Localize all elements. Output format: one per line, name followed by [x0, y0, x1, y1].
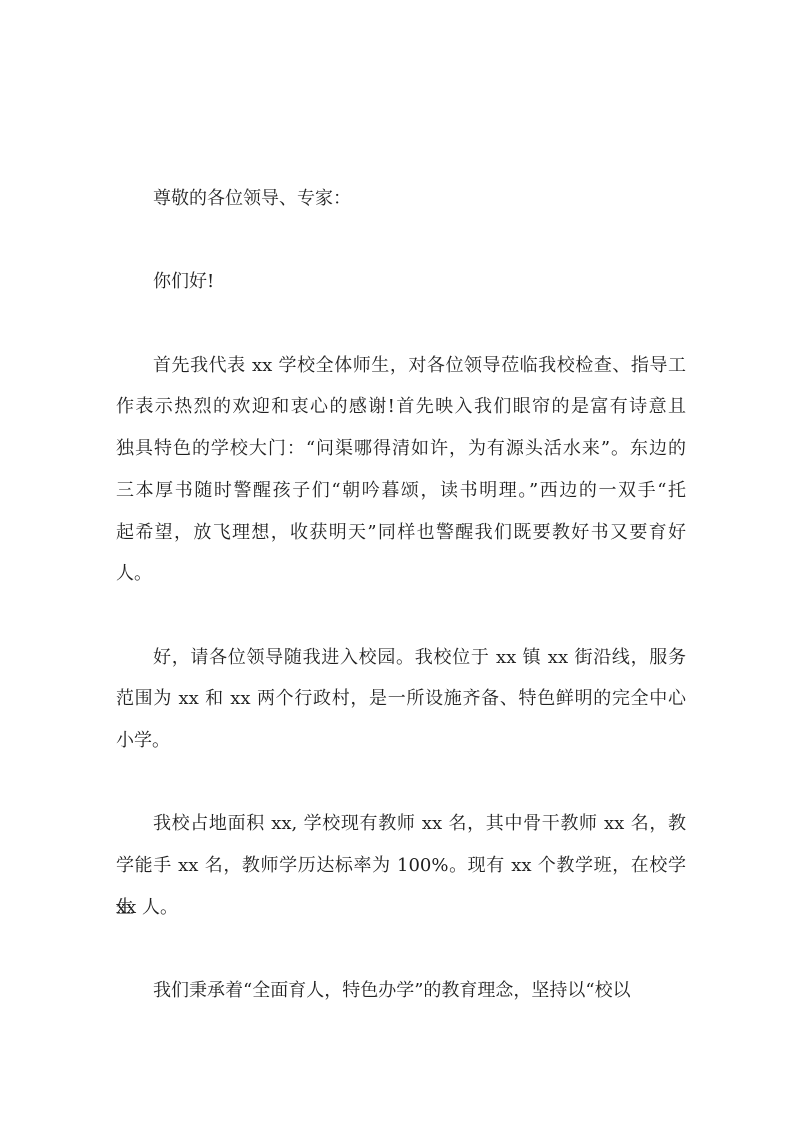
paragraph-salutation: 尊敬的各位领导、专家： [116, 178, 686, 220]
paragraph-school-statistics: 我校占地面积 xx, 学校现有教师 xx 名，其中骨干教师 xx 名，教 学能手… [116, 803, 686, 928]
text-line: 我校占地面积 xx, 学校现有教师 xx 名，其中骨干教师 xx 名，教 [116, 803, 686, 845]
text-line: 三本厚书随时警醒孩子们“朝吟暮颂，读书明理。”西边的一双手“托 [116, 470, 686, 512]
text-line: 人。 [116, 553, 686, 595]
document-page: 尊敬的各位领导、专家： 你们好! 首先我代表 xx 学校全体师生，对各位领导莅临… [0, 0, 793, 1122]
text-line: 尊敬的各位领导、专家： [116, 178, 686, 220]
text-line: 我们秉承着“全面育人，特色办学”的教育理念，坚持以“校以 [116, 970, 686, 1012]
text-line: 范围为 xx 和 xx 两个行政村，是一所设施齐备、特色鲜明的完全中心 [116, 678, 686, 720]
text-line: 独具特色的学校大门：“问渠哪得清如许，为有源头活水来”。东边的 [116, 428, 686, 470]
text-line: 好，请各位领导随我进入校园。我校位于 xx 镇 xx 街沿线，服务 [116, 637, 686, 679]
text-line: 你们好! [116, 261, 686, 303]
paragraph-welcome-intro: 首先我代表 xx 学校全体师生，对各位领导莅临我校检查、指导工 作表示热烈的欢迎… [116, 345, 686, 595]
paragraph-greeting: 你们好! [116, 261, 686, 303]
text-line: 小学。 [116, 720, 686, 762]
paragraph-education-philosophy: 我们秉承着“全面育人，特色办学”的教育理念，坚持以“校以 [116, 970, 686, 1012]
text-line: 首先我代表 xx 学校全体师生，对各位领导莅临我校检查、指导工 [116, 345, 686, 387]
paragraph-campus-location: 好，请各位领导随我进入校园。我校位于 xx 镇 xx 街沿线，服务 范围为 xx… [116, 637, 686, 762]
text-line: 作表示热烈的欢迎和衷心的感谢!首先映入我们眼帘的是富有诗意且 [116, 386, 686, 428]
text-line: xx 人。 [116, 887, 686, 929]
text-line: 起希望，放飞理想，收获明天”同样也警醒我们既要教好书又要育好 [116, 512, 686, 554]
text-line: 学能手 xx 名，教师学历达标率为 100%。现有 xx 个教学班，在校学生 [116, 845, 686, 887]
